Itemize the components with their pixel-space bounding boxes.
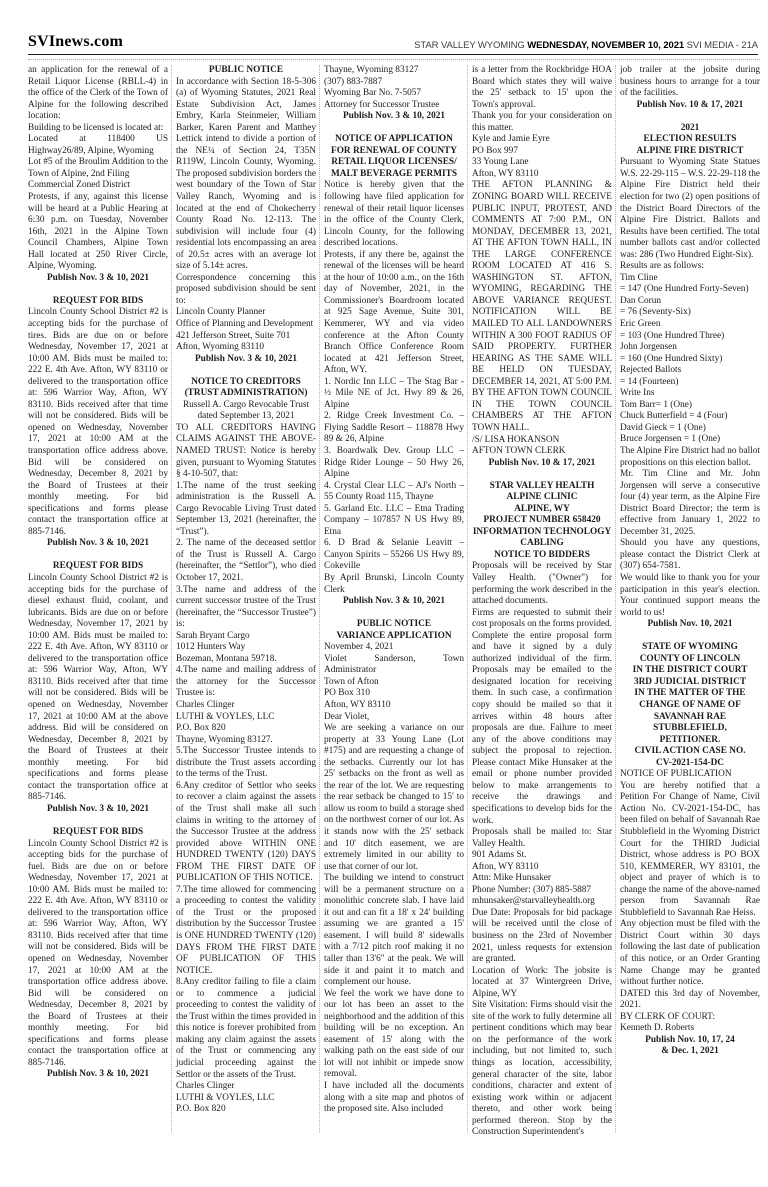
notice-paragraph: Notice is hereby given that the followin… (324, 180, 464, 249)
notice-paragraph: Any objection must be filed with the Dis… (620, 919, 760, 988)
notice-paragraph: = 103 (One Hundred Three) (620, 331, 760, 343)
publish-line: Publish Nov. 10 & 17, 2021 (620, 100, 760, 112)
notice-paragraph: Firms are requested to submit their cost… (472, 608, 612, 827)
notice-paragraph: 8.Any creditor failing to file a claim o… (176, 977, 316, 1081)
notice-paragraph: Kyle and Jamie Eyre (472, 134, 612, 146)
notice-paragraph: John Jorgensen (620, 342, 760, 354)
notice-heading: REQUEST FOR BIDS (28, 561, 168, 573)
notice-paragraph: I have included all the documents along … (324, 1081, 464, 1116)
notice-paragraph: November 4, 2021 (324, 642, 464, 654)
notice-paragraph: = 76 (Seventy-Six) (620, 307, 760, 319)
notice-paragraph: By April Brunski, Lincoln County Clerk (324, 573, 464, 596)
publish-line: Publish Nov. 10, 17, 24& Dec. 1, 2021 (620, 1035, 760, 1058)
notice-paragraph: Mr. Tim Cline and Mr. John Jorgensen wil… (620, 469, 760, 538)
notice-heading: STATE OF WYOMINGCOUNTY OF LINCOLNIN THE … (620, 642, 760, 769)
publish-line: Publish Nov. 3 & 10, 2021 (324, 111, 464, 123)
notice-paragraph: Afton, WY 83110 (472, 862, 612, 874)
notice-paragraph: Correspondence concerning this proposed … (176, 273, 316, 308)
notice-paragraph: Lincoln County Planner (176, 307, 316, 319)
notice-paragraph: 5.The Successor Trustee intends to distr… (176, 746, 316, 781)
notice-paragraph: 1.The name of the trust seeking administ… (176, 481, 316, 539)
notice-paragraph: We are seeking a variance on our propert… (324, 723, 464, 873)
notice-heading: STAR VALLEY HEALTHALPINE CLINICALPINE, W… (472, 481, 612, 562)
notice-paragraph: Bozeman, Montana 59718. (176, 654, 316, 666)
issue-region: STAR VALLEY WYOMING (414, 40, 527, 51)
notice-paragraph: Eric Green (620, 319, 760, 331)
notice-column-3: Thayne, Wyoming 83127(307) 883-7887Wyomi… (324, 65, 464, 1139)
notice-paragraph: DATED this 3rd day of November, 2021. (620, 989, 760, 1012)
legal-notices-columns: an application for the renewal of a Reta… (28, 65, 760, 1139)
notice-paragraph: The building we intend to construct will… (324, 873, 464, 988)
publish-line: Publish Nov. 3 & 10, 2021 (324, 596, 464, 608)
notice-column-5: job trailer at the jobsite during busine… (620, 65, 760, 1139)
notice-paragraph: Site Visitation: Firms should visit the … (472, 1000, 612, 1139)
notice-paragraph: You are hereby notified that a Petition … (620, 781, 760, 920)
notice-heading: REQUEST FOR BIDS (28, 296, 168, 308)
notice-paragraph: Rejected Ballots (620, 365, 760, 377)
notice-paragraph: Proposals shall be mailed to: Star Valle… (472, 827, 612, 850)
publish-line: Publish Nov. 3 & 10, 2021 (28, 538, 168, 550)
notice-paragraph: Phone Number: (307) 885-5887 (472, 885, 612, 897)
notice-paragraph: 421 Jefferson Street, Suite 701 (176, 331, 316, 343)
notice-paragraph: NOTICE OF PUBLICATION (620, 769, 760, 781)
notice-paragraph: Lot #5 of the Broulim Addition to the To… (28, 157, 168, 180)
notice-paragraph: 33 Young Lane (472, 157, 612, 169)
notice-paragraph: Write Ins (620, 388, 760, 400)
newspaper-page: SVInews.com STAR VALLEY WYOMING WEDNESDA… (0, 0, 768, 1139)
notice-paragraph: Pursuant to Wyoming State Statues W.S. 2… (620, 157, 760, 261)
notice-paragraph: (307) 883-7887 (324, 77, 464, 89)
publish-line: Publish Nov. 3 & 10, 2021 (28, 804, 168, 816)
notice-paragraph: AFTON TOWN CLERK (472, 446, 612, 458)
publish-line: Publish Nov. 10, 2021 (620, 619, 760, 631)
notice-paragraph: mhunsaker@starvalleyhealth.org (472, 896, 612, 908)
notice-paragraph: Tim Cline (620, 273, 760, 285)
notice-paragraph: Protests, if any, against this license w… (28, 192, 168, 273)
notice-paragraph: Charles Clinger (176, 1081, 316, 1093)
notice-paragraph: Charles Clinger (176, 700, 316, 712)
notice-paragraph: Dan Corun (620, 296, 760, 308)
page-header: SVInews.com STAR VALLEY WYOMING WEDNESDA… (28, 33, 758, 51)
header-dotted-rule (28, 59, 760, 60)
notice-paragraph: 5. Garland Etc. LLC – Etna Trading Compa… (324, 504, 464, 539)
notice-heading: REQUEST FOR BIDS (28, 827, 168, 839)
notice-subheading: Russell A. Cargo Revocable Trustdated Se… (176, 400, 316, 423)
notice-heading: PUBLIC NOTICEVARIANCE APPLICATION (324, 619, 464, 642)
notice-paragraph: 6. D Brad & Selanie Leavitt – Canyon Spi… (324, 538, 464, 573)
notice-paragraph: THE AFTON PLANNING & ZONING BOARD WILL R… (472, 180, 612, 434)
notice-paragraph: Afton, WY 83110 (324, 700, 464, 712)
notice-paragraph: 6.Any creditor of Settlor who seeks to r… (176, 781, 316, 885)
notice-paragraph: In accordance with Section 18-5-306 (a) … (176, 77, 316, 273)
notice-paragraph: 1012 Hunters Way (176, 642, 316, 654)
notice-paragraph: PO Box 997 (472, 146, 612, 158)
notice-paragraph: 3. Boardwalk Dev. Group LLC – Ridge Ride… (324, 446, 464, 481)
publish-line: Publish Nov. 10 & 17, 2021 (472, 458, 612, 470)
notice-paragraph: an application for the renewal of a Reta… (28, 65, 168, 123)
notice-paragraph: TO ALL CREDITORS HAVING CLAIMS AGAINST T… (176, 423, 316, 481)
notice-paragraph: Thayne, Wyoming 83127. (176, 735, 316, 747)
notice-column-1: an application for the renewal of a Reta… (28, 65, 168, 1139)
notice-paragraph: Town of Afton (324, 677, 464, 689)
notice-paragraph: Tom Barr= 1 (One) (620, 400, 760, 412)
notice-paragraph: Lincoln County School District #2 is acc… (28, 573, 168, 804)
notice-paragraph: Proposals will be received by Star Valle… (472, 561, 612, 607)
issue-date: WEDNESDAY, NOVEMBER 10, 2021 (527, 40, 684, 51)
notice-paragraph: Violet Sanderson, Town Administrator (324, 654, 464, 677)
notice-paragraph: Should you have any questions, please co… (620, 538, 760, 573)
notice-paragraph: P.O. Box 820 (176, 1104, 316, 1116)
notice-paragraph: Dear Violet, (324, 712, 464, 724)
notice-paragraph: Chuck Butterfield = 4 (Four) (620, 411, 760, 423)
notice-paragraph: 2. Ridge Creek Investment Co. – Flying S… (324, 411, 464, 446)
publish-line: Publish Nov. 3 & 10, 2021 (176, 354, 316, 366)
notice-paragraph: job trailer at the jobsite during busine… (620, 65, 760, 100)
notice-paragraph: Results are as follows: (620, 261, 760, 273)
notice-paragraph: Office of Planning and Development (176, 319, 316, 331)
notice-paragraph: Location of Work: The jobsite is located… (472, 966, 612, 1001)
issue-edition: SVI MEDIA - 21A (684, 40, 758, 51)
notice-paragraph: 2. The name of the deceased settlor of t… (176, 538, 316, 584)
notice-paragraph: Afton, WY 83110 (472, 169, 612, 181)
notice-paragraph: Attorney for Successor Trustee (324, 100, 464, 112)
notice-paragraph: Wyoming Bar No. 7-5057 (324, 88, 464, 100)
notice-paragraph: 4.The name and mailing address of the at… (176, 665, 316, 700)
notice-paragraph: Lincoln County School District #2 is acc… (28, 839, 168, 1070)
notice-paragraph: LUTHI & VOYLES, LLC (176, 712, 316, 724)
notice-heading: NOTICE TO CREDITORS(TRUST ADMINISTRATION… (176, 377, 316, 400)
notice-paragraph: Afton, Wyoming 83110 (176, 342, 316, 354)
notice-paragraph: P.O. Box 820 (176, 723, 316, 735)
notice-paragraph: Commercial Zoned District (28, 180, 168, 192)
notice-paragraph: Protests, if any there be, against the r… (324, 250, 464, 377)
notice-column-4: is a letter from the Rockbridge HOA Boar… (472, 65, 612, 1139)
notice-paragraph: We would like to thank you for your part… (620, 573, 760, 619)
notice-paragraph: = 14 (Fourteen) (620, 377, 760, 389)
notice-heading: 2021ELECTION RESULTSALPINE FIRE DISTRICT (620, 123, 760, 158)
notice-paragraph: PO Box 310 (324, 688, 464, 700)
notice-paragraph: Due Date: Proposals for bid package will… (472, 908, 612, 966)
notice-paragraph: 7.The time allowed for commencing a proc… (176, 885, 316, 977)
notice-heading: NOTICE OF APPLICATIONFOR RENEWAL OF COUN… (324, 134, 464, 180)
notice-paragraph: = 147 (One Hundred Forty-Seven) (620, 284, 760, 296)
notice-paragraph: Thayne, Wyoming 83127 (324, 65, 464, 77)
notice-paragraph: Thank you for your consideration on this… (472, 111, 612, 134)
issue-line: STAR VALLEY WYOMING WEDNESDAY, NOVEMBER … (414, 40, 758, 51)
notice-heading: PUBLIC NOTICE (176, 65, 316, 77)
notice-paragraph: LUTHI & VOYLES, LLC (176, 1093, 316, 1105)
notice-paragraph: Attn: Mike Hunsaker (472, 873, 612, 885)
notice-paragraph: /S/ LISA HOKANSON (472, 435, 612, 447)
notice-paragraph: Lincoln County School District #2 is acc… (28, 307, 168, 538)
notice-paragraph: 4. Crystal Clear LLC – AJ's North – 55 C… (324, 481, 464, 504)
notice-paragraph: 901 Adams St. (472, 850, 612, 862)
notice-paragraph: Located at 118400 US Highway26/89, Alpin… (28, 134, 168, 157)
notice-column-2: PUBLIC NOTICEIn accordance with Section … (176, 65, 316, 1139)
notice-paragraph: 1. Nordic Inn LLC – The Stag Bar - ½ Mil… (324, 377, 464, 412)
notice-paragraph: BY CLERK OF COURT: (620, 1012, 760, 1024)
notice-paragraph: Kenneth D. Roberts (620, 1023, 760, 1035)
notice-paragraph: Building to be licensed is located at: (28, 123, 168, 135)
notice-paragraph: Bruce Jorgensen = 1 (One) (620, 434, 760, 446)
site-logo: SVInews.com (28, 33, 123, 51)
notice-paragraph: David Gieck = 1 (One) (620, 423, 760, 435)
notice-paragraph: = 160 (One Hundred Sixty) (620, 354, 760, 366)
notice-paragraph: We feel the work we have done to our lot… (324, 989, 464, 1081)
notice-paragraph: 3.The name and address of the current su… (176, 585, 316, 631)
header-rule (28, 54, 758, 55)
notice-paragraph: Sarah Bryant Cargo (176, 631, 316, 643)
publish-line: Publish Nov. 3 & 10, 2021 (28, 1069, 168, 1081)
notice-paragraph: The Alpine Fire District had no ballot p… (620, 446, 760, 469)
notice-paragraph: is a letter from the Rockbridge HOA Boar… (472, 65, 612, 111)
publish-line: Publish Nov. 3 & 10, 2021 (28, 273, 168, 285)
